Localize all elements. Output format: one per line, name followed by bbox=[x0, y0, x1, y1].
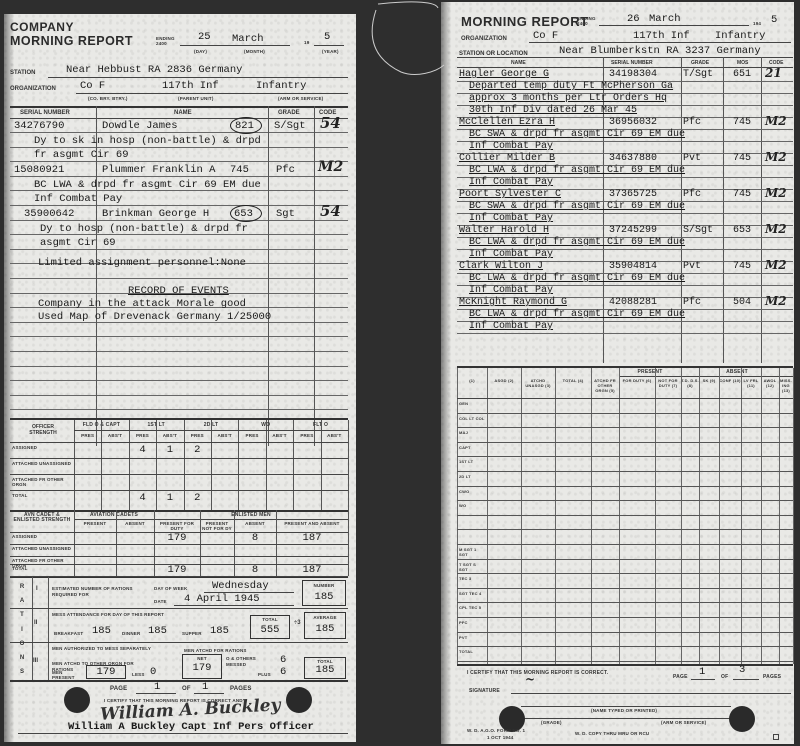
strength-row-label: MAJ bbox=[459, 430, 485, 435]
others-messed-label: O & OTHERS MESSED bbox=[226, 656, 266, 668]
total-label: TOTAL bbox=[251, 617, 289, 622]
soldier-name: Poort Sylvester C bbox=[459, 189, 561, 200]
code: M2 bbox=[765, 114, 787, 128]
officer-row-label: ATTACHED FR OTHER ORGN bbox=[12, 477, 72, 487]
ruled-line bbox=[10, 278, 348, 279]
officer-row-label: ATTACHED UNASSIGNED bbox=[12, 461, 72, 466]
ruled-line bbox=[10, 366, 348, 367]
pencil-loop-mark bbox=[356, 0, 446, 80]
serial-number: 42088281 bbox=[609, 297, 657, 308]
breakfast-label: BREAKFAST bbox=[54, 631, 83, 636]
strength-col-header: MISS. ING (13) bbox=[779, 378, 793, 393]
officer-sub-header: PRES bbox=[238, 433, 265, 438]
officer-sub-header: PRES bbox=[293, 433, 320, 438]
col-name: NAME bbox=[174, 110, 192, 116]
others-messed-value: 6 bbox=[280, 654, 286, 666]
grade: Pfc bbox=[683, 117, 701, 128]
soldier-name: Brinkman George H bbox=[102, 208, 209, 220]
record-of-events-line: Company in the attack Morale good bbox=[38, 298, 246, 310]
station-value: Near Hebbust RA 2836 Germany bbox=[66, 64, 242, 76]
enlisted-strength-label: AVN CADET & ENLISTED STRENGTH bbox=[12, 513, 72, 523]
ending-year: 5 bbox=[324, 31, 330, 43]
pages-label: PAGES bbox=[230, 686, 252, 692]
serial-number: 37365725 bbox=[609, 189, 657, 200]
roman-ii: II bbox=[34, 620, 37, 626]
officer-sub-header: PRES bbox=[129, 433, 156, 438]
supper-label: SUPPER bbox=[182, 631, 202, 636]
grade: Pvt bbox=[683, 153, 701, 164]
remark-line: asgmt Cir 69 bbox=[40, 237, 116, 249]
organization-value: Co F bbox=[80, 80, 105, 92]
ending-year: 5 bbox=[771, 14, 777, 26]
ruled-line bbox=[10, 351, 348, 352]
strength-row-label: SGT TEC 4 bbox=[459, 591, 485, 596]
grade: T/Sgt bbox=[683, 69, 713, 80]
remark-line: Inf Combat Pay bbox=[469, 177, 553, 188]
mos: 653 bbox=[733, 225, 751, 236]
roman-i: I bbox=[36, 586, 38, 592]
strength-row-label: CWO bbox=[459, 489, 485, 494]
record-of-events-line: Used Map of Drevenack Germany 1/25000 bbox=[38, 311, 271, 323]
remark-line: BC LWA & drpd fr asgmt Cir 69 EM due bbox=[469, 237, 685, 248]
men-present-label: MEN PRESENT bbox=[52, 670, 74, 680]
strength-col-header: ASGD (2) bbox=[487, 378, 521, 383]
strength-col-header: (1) bbox=[457, 378, 487, 383]
strength-row-label: TEC 3 bbox=[459, 576, 485, 581]
net-label: NET bbox=[183, 656, 221, 661]
strength-row-label: T SGT S SGT bbox=[459, 562, 485, 572]
strength-row-label: PFC bbox=[459, 620, 485, 625]
estimated-rations-label: ESTIMATED NUMBER OF RATIONS REQUIRED FOR bbox=[52, 586, 137, 598]
enlisted-col-header: ABSENT bbox=[116, 521, 154, 526]
enlisted-col-header: PRESENT AND ABSENT bbox=[276, 521, 348, 526]
officer-sub-header: PRES bbox=[74, 433, 101, 438]
signature-line bbox=[511, 693, 791, 694]
company-morning-report-page-1: COMPANY MORNING REPORT ENDING 2400 25 Ma… bbox=[4, 14, 356, 742]
breakfast-value: 185 bbox=[92, 625, 111, 637]
year-caption: (YEAR) bbox=[322, 49, 339, 54]
soldier-name: Collier Milder B bbox=[459, 153, 555, 164]
less-value: 0 bbox=[150, 666, 156, 678]
remark-line: Inf Combat Pay bbox=[469, 249, 553, 260]
code: 54 bbox=[320, 114, 341, 132]
total-value: 555 bbox=[251, 624, 289, 636]
mos: 653 bbox=[234, 208, 253, 220]
strength-col-header: AWOL (12) bbox=[761, 378, 779, 388]
average-label: AVERAGE bbox=[305, 615, 345, 620]
officer-sub-header: ABS'T bbox=[211, 433, 238, 438]
remark-line: fr asgmt Cir 69 bbox=[34, 149, 129, 161]
dinner-label: DINNER bbox=[122, 631, 140, 636]
ruled-line bbox=[10, 205, 348, 206]
page-edge-shadow bbox=[4, 14, 14, 742]
strength-row-label: GEN bbox=[459, 401, 485, 406]
code: M2 bbox=[765, 258, 787, 272]
remark-line: Inf Combat Pay bbox=[469, 213, 553, 224]
binder-hole bbox=[286, 687, 312, 713]
form-title-morning-report: MORNING REPORT bbox=[10, 34, 133, 48]
page-number: 1 bbox=[154, 681, 160, 693]
officer-sub-header: ABS'T bbox=[266, 433, 293, 438]
officer-sub-header: ABS'T bbox=[156, 433, 183, 438]
mos: 745 bbox=[733, 153, 751, 164]
strength-col-header: T.D. D.S. (8) bbox=[681, 378, 699, 388]
enlisted-cell: 179 bbox=[154, 532, 200, 544]
ending-month: March bbox=[232, 33, 264, 45]
remark-line: Dy to sk in hosp (non-battle) & drpd bbox=[34, 135, 261, 147]
ruled-line bbox=[10, 409, 348, 410]
of-label: OF bbox=[721, 674, 728, 680]
serial-number: 36956032 bbox=[609, 117, 657, 128]
org-caption-co: (CO. BRY. BTRY.) bbox=[88, 96, 128, 101]
strength-col-header: FOR DUTY (6) bbox=[619, 378, 655, 383]
remark-line: BC LWA & drpd fr asgmt Cir 69 EM due bbox=[469, 309, 685, 320]
plus-value: 6 bbox=[280, 666, 286, 678]
certify-text: I CERTIFY THAT THIS MORNING REPORT IS CO… bbox=[467, 670, 608, 676]
grade: Pvt bbox=[683, 261, 701, 272]
remark-line: approx 3 months per Ltr Orders Hq bbox=[469, 93, 667, 104]
enlisted-cell: 179 bbox=[154, 564, 200, 576]
code: M2 bbox=[765, 222, 787, 236]
soldier-name: Dowdle James bbox=[102, 120, 178, 132]
enlisted-col-header: PRESENT NOT FOR DY bbox=[200, 521, 234, 531]
serial-number: 35900642 bbox=[24, 208, 74, 220]
remark-line: BC LWA & drpd fr asgmt Cir 69 EM due bbox=[34, 179, 261, 191]
date-label: DATE bbox=[154, 599, 167, 604]
absent-group-header: ABSENT bbox=[681, 369, 793, 375]
ruled-line bbox=[10, 176, 348, 177]
serial-number: 37245299 bbox=[609, 225, 657, 236]
arm-value: Infantry bbox=[256, 80, 306, 92]
strength-col-header: ATCHD FR OTHER ORGN (5) bbox=[591, 378, 619, 393]
ruled-line bbox=[10, 380, 348, 381]
grade: S/Sgt bbox=[683, 225, 713, 236]
enlisted-col-header: PRESENT bbox=[74, 521, 116, 526]
soldier-name: Hagler George G bbox=[459, 69, 549, 80]
ruled-line bbox=[10, 220, 348, 221]
ending-label: ENDING 2400 bbox=[156, 36, 178, 46]
strength-row-label: PVT bbox=[459, 635, 485, 640]
station-label: STATION bbox=[10, 70, 35, 76]
enlisted-cell: 8 bbox=[234, 564, 276, 576]
name-typed-caption: (NAME TYPED OR PRINTED) bbox=[591, 708, 657, 713]
enlisted-col-header: PRESENT FOR DUTY bbox=[154, 521, 200, 531]
remark-line: Inf Combat Pay bbox=[34, 193, 122, 205]
remark-line: Inf Combat Pay bbox=[469, 141, 553, 152]
code: 54 bbox=[320, 202, 341, 220]
page-edge-shadow bbox=[441, 2, 451, 744]
mos: 745 bbox=[230, 164, 249, 176]
roman-iii: III bbox=[33, 658, 38, 664]
parent-unit-value: 117th Inf bbox=[633, 30, 690, 42]
strength-col-header: LV FRL (11) bbox=[741, 378, 761, 388]
remark-line: BC SWA & drpd fr asgmt Cir 69 EM due bbox=[469, 201, 685, 212]
men-present-box: 179 bbox=[86, 665, 126, 679]
men-atchd-rations-label: MEN ATCHD FOR RATIONS bbox=[184, 648, 247, 653]
page-number: 1 bbox=[699, 666, 705, 678]
footer-note: W. D. COPY THRU MRU OR RCU bbox=[575, 731, 649, 736]
officer-cell: 1 bbox=[156, 444, 183, 456]
serial-number: 34198304 bbox=[609, 69, 657, 80]
remark-line: BC SWA & drpd fr asgmt Cir 69 EM due bbox=[469, 129, 685, 140]
code: M2 bbox=[765, 150, 787, 164]
officer-cell: 2 bbox=[184, 492, 211, 504]
pages-label: PAGES bbox=[763, 674, 781, 680]
code: M2 bbox=[765, 294, 787, 308]
corner-box bbox=[773, 734, 779, 740]
officer-strength-label: OFFICER STRENGTH bbox=[18, 424, 68, 436]
form-title-company: COMPANY bbox=[10, 20, 74, 34]
org-caption-arm: (ARM OR SERVICE) bbox=[278, 96, 323, 101]
remark-line: Inf Combat Pay bbox=[469, 321, 553, 332]
grade: Sgt bbox=[276, 208, 295, 220]
total2-value: 185 bbox=[305, 664, 345, 676]
ruled-line bbox=[10, 249, 348, 250]
remark-line: BC LWA & drpd fr asgmt Cir 69 EM due bbox=[469, 273, 685, 284]
officer-sub-header: ABS'T bbox=[321, 433, 348, 438]
page-label: PAGE bbox=[110, 686, 127, 692]
binder-hole bbox=[729, 706, 755, 732]
ruled-line bbox=[10, 161, 348, 162]
officer-row-label: TOTAL bbox=[12, 493, 72, 498]
strength-row-label: CAPT bbox=[459, 445, 485, 450]
net-value: 179 bbox=[183, 662, 221, 674]
serial-number: 35904814 bbox=[609, 261, 657, 272]
form-date: 1 OCT 1944 bbox=[487, 735, 514, 740]
code: M2 bbox=[318, 159, 343, 175]
less-label: LESS bbox=[132, 672, 145, 677]
total-box: TOTAL 555 bbox=[250, 615, 290, 639]
remark-line: BC LWA & drpd fr asgmt Cir 69 EM due bbox=[469, 165, 685, 176]
enlisted-row-label: ASSIGNED bbox=[12, 534, 72, 539]
initials-mark: ~ bbox=[525, 672, 535, 686]
number-value: 185 bbox=[303, 591, 345, 603]
dinner-value: 185 bbox=[148, 625, 167, 637]
mos: 745 bbox=[733, 261, 751, 272]
signature-label: SIGNATURE bbox=[469, 688, 500, 694]
soldier-name: McKnight Raymond G bbox=[459, 297, 567, 308]
net-box: NET 179 bbox=[182, 654, 222, 679]
mos: 745 bbox=[733, 117, 751, 128]
grade: Pfc bbox=[683, 189, 701, 200]
enlisted-cell: 187 bbox=[276, 564, 348, 576]
col-mos: MOS bbox=[737, 60, 748, 66]
enlisted-men-header: ENLISTED MEN bbox=[154, 512, 348, 518]
men-auth-mess-label: MEN AUTHORIZED TO MESS SEPARATELY bbox=[52, 646, 152, 652]
station-value: Near Blumberkstn RA 3237 Germany bbox=[559, 45, 761, 57]
strength-col-header: SK (9) bbox=[699, 378, 719, 383]
org-caption-parent: (PARENT UNIT) bbox=[178, 96, 214, 101]
average-value: 185 bbox=[305, 623, 345, 635]
mos: 821 bbox=[235, 120, 254, 132]
form-id: W. D. A.G.O. FORM NO. 1 bbox=[467, 728, 525, 733]
total2-box: TOTAL 185 bbox=[304, 657, 346, 679]
enlisted-col-header: ABSENT bbox=[234, 521, 276, 526]
mos: 745 bbox=[733, 189, 751, 200]
grade: Pfc bbox=[683, 297, 701, 308]
soldier-name: McClellen Ezra H bbox=[459, 117, 555, 128]
col-serial-number: SERIAL NUMBER bbox=[20, 110, 70, 116]
strength-col-header: CONF (10) bbox=[719, 378, 741, 383]
soldier-name: Plummer Franklin A bbox=[102, 164, 215, 176]
officer-cell: 2 bbox=[184, 444, 211, 456]
strength-row-label: COL LT COL bbox=[459, 416, 485, 421]
serial-number: 15080921 bbox=[14, 164, 64, 176]
remark-line: Inf Combat Pay bbox=[469, 285, 553, 296]
supper-value: 185 bbox=[210, 625, 229, 637]
number-box: NUMBER 185 bbox=[302, 580, 346, 606]
strength-row-label: WO bbox=[459, 503, 485, 508]
enlisted-row-label: TOTAL bbox=[12, 566, 72, 571]
mos: 504 bbox=[733, 297, 751, 308]
officer-cell: 4 bbox=[129, 444, 156, 456]
grade: Pfc bbox=[276, 164, 295, 176]
organization-value: Co F bbox=[533, 30, 558, 42]
day-of-week-value: Wednesday bbox=[212, 580, 269, 592]
strength-row-label: M SGT 1 SGT bbox=[459, 547, 485, 557]
code: M2 bbox=[765, 186, 787, 200]
officer-cell: 4 bbox=[129, 492, 156, 504]
soldier-name: Clark Wilton J bbox=[459, 261, 543, 272]
day-caption: (DAY) bbox=[194, 49, 207, 54]
men-present-value: 179 bbox=[87, 666, 125, 678]
page-label: PAGE bbox=[673, 674, 688, 680]
ruled-line bbox=[10, 132, 348, 133]
mos: 651 bbox=[733, 69, 751, 80]
aviation-cadets-header: AVIATION CADETS bbox=[74, 512, 154, 518]
officer-cell: 1 bbox=[156, 492, 183, 504]
strength-col-header: TOTAL (4) bbox=[555, 378, 591, 383]
organization-label: ORGANIZATION bbox=[10, 86, 56, 92]
ending-day: 26 bbox=[627, 13, 640, 25]
parent-unit-value: 117th Inf bbox=[162, 80, 219, 92]
mess-attendance-label: MESS ATTENDANCE FOR DAY OF THIS REPORT bbox=[52, 612, 164, 617]
code: 21 bbox=[765, 66, 782, 80]
date-value: 4 April 1945 bbox=[184, 593, 260, 605]
strength-row-label: 1ST LT bbox=[459, 459, 485, 464]
ending-day: 25 bbox=[198, 31, 211, 43]
organization-label: ORGANIZATION bbox=[461, 36, 507, 42]
rations-side-label: RATIONS bbox=[16, 580, 28, 679]
strength-row-label: TOTAL bbox=[459, 649, 485, 654]
year-prefix: 19 bbox=[304, 40, 309, 45]
divide-by-3: ÷3 bbox=[294, 620, 301, 626]
grade: S/Sgt bbox=[274, 120, 306, 132]
ruled-line bbox=[10, 395, 348, 396]
remark-line: Departed temp duty Ft McPherson Ga bbox=[469, 81, 673, 92]
enlisted-cell: 8 bbox=[234, 532, 276, 544]
remark-line: 30th Inf Div dated 26 Mar 45 bbox=[469, 105, 637, 116]
form-title: MORNING REPORT bbox=[461, 14, 589, 29]
grade-caption: (GRADE) bbox=[541, 720, 562, 725]
strength-col-header: ATCHD UNASGD (3) bbox=[521, 378, 555, 388]
morning-report-page-2: MORNING REPORT ENDING 2400 26 March 194 … bbox=[441, 2, 794, 744]
enlisted-row-label: ATTACHED UNASSIGNED bbox=[12, 546, 72, 551]
col-serial-number: SERIAL NUMBER bbox=[611, 60, 653, 66]
officer-sub-header: ABS'T bbox=[101, 433, 128, 438]
soldier-name: Walter Harold H bbox=[459, 225, 549, 236]
binder-hole bbox=[64, 687, 90, 713]
ending-label: ENDING 2400 bbox=[577, 16, 597, 26]
pages-total: 1 bbox=[202, 681, 208, 693]
remark-line: Dy to hosp (non-battle) & drpd fr bbox=[40, 223, 248, 235]
arm-service-caption: (ARM OR SERVICE) bbox=[661, 720, 706, 725]
serial-number: 34276790 bbox=[14, 120, 64, 132]
officer-sub-header: PRES bbox=[184, 433, 211, 438]
arm-value: Infantry bbox=[715, 30, 765, 42]
average-box: AVERAGE 185 bbox=[304, 612, 346, 639]
ruled-line bbox=[10, 336, 348, 337]
present-group-header: PRESENT bbox=[619, 369, 681, 375]
day-of-week-label: DAY OF WEEK bbox=[154, 586, 187, 591]
number-label: NUMBER bbox=[303, 583, 345, 588]
col-name: NAME bbox=[511, 60, 526, 66]
ruled-line bbox=[10, 147, 348, 148]
month-caption: (MONTH) bbox=[244, 49, 265, 54]
strength-row-label: CPL TEC 5 bbox=[459, 605, 485, 610]
limited-assignment-note: Limited assignment personnel:None bbox=[38, 257, 246, 269]
col-grade: GRADE bbox=[691, 60, 709, 66]
record-of-events-title: RECORD OF EVENTS bbox=[128, 285, 229, 297]
year-prefix: 194 bbox=[753, 21, 761, 26]
signer-line: William A Buckley Capt Inf Pers Officer bbox=[68, 721, 314, 733]
strength-row-label: 2D LT bbox=[459, 474, 485, 479]
strength-col-header: NOT FOR DUTY (7) bbox=[655, 378, 681, 388]
enlisted-cell: 187 bbox=[276, 532, 348, 544]
serial-number: 34637880 bbox=[609, 153, 657, 164]
of-label: OF bbox=[182, 686, 191, 692]
plus-label: PLUS bbox=[258, 672, 271, 677]
officer-row-label: ASSIGNED bbox=[12, 445, 72, 450]
pages-total: 3 bbox=[739, 664, 745, 676]
col-grade: GRADE bbox=[278, 110, 300, 116]
ending-month: March bbox=[649, 13, 681, 25]
